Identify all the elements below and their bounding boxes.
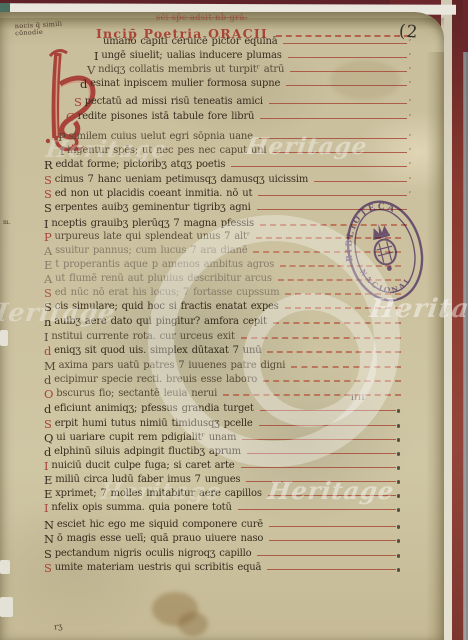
red-line-filler bbox=[269, 540, 396, 541]
line-initial: S bbox=[44, 203, 52, 213]
manuscript-photo: nocis q̄ simili cōnodie sc̄i sp̄c adsit… bbox=[0, 0, 468, 640]
line-initial: N bbox=[44, 534, 54, 544]
manuscript-line: Reddat forme; pictoribʒ atqʒ poetis bbox=[44, 159, 410, 170]
manuscript-line: Spectandum nigris oculis nigroqʒ capillo bbox=[44, 548, 399, 559]
manuscript-line: Maxima pars uatū patres 7 iuuenes patre… bbox=[44, 360, 404, 371]
manuscript-line: Exprimet; 7 molles imitabitur aere capil… bbox=[44, 488, 399, 499]
red-line-filler bbox=[267, 351, 401, 353]
book-cover-right-edge bbox=[452, 0, 463, 640]
line-initial: S bbox=[74, 97, 82, 107]
line-text: urpureus late qui splendeat unus 7 altʳ bbox=[55, 231, 251, 242]
line-text: pectatū ad missi risū teneatis amici bbox=[85, 96, 263, 107]
manuscript-line: Serpit humi tutus nimiū timidusqʒ pcell… bbox=[44, 418, 399, 429]
red-line-filler bbox=[257, 555, 396, 556]
manuscript-line: delphinū siluis adpingit fluctibʒ aprum bbox=[44, 446, 399, 457]
line-initial: I bbox=[44, 503, 48, 513]
manuscript-line: Credite pisones istā tabule fore librū bbox=[66, 111, 410, 122]
red-line-filler bbox=[231, 166, 407, 167]
line-text: eniqʒ sit quod uis. simplex dūtaxat 7 u… bbox=[54, 345, 261, 356]
line-text: elphinū siluis adpingit fluctibʒ aprum bbox=[54, 446, 241, 457]
line-initial: E bbox=[44, 260, 52, 270]
manuscript-line: decipimur specie recti. breuis esse labo… bbox=[44, 374, 404, 385]
line-initial: d bbox=[44, 404, 51, 414]
line-initial: f bbox=[60, 146, 64, 156]
line-text: erpit humi tutus nimiū timidusqʒ pcelle bbox=[55, 418, 253, 429]
line-text: nceptis grauibʒ plerūqʒ 7 magna pfessis bbox=[51, 218, 254, 229]
line-text: miliū circa ludū faber imus 7 ungues bbox=[55, 474, 240, 485]
line-text: ui uariare cupit rem pdigialitʳ unam bbox=[56, 432, 236, 443]
line-initial: S bbox=[44, 288, 52, 298]
manuscript-line: Qui uariare cupit rem pdigialitʳ unam bbox=[44, 432, 399, 443]
line-initial: Q bbox=[44, 433, 53, 443]
manuscript-line: Emiliū circa ludū faber imus 7 ungues bbox=[44, 474, 399, 485]
line-text: ndiqʒ collatis membris ut turpitʳ atrū bbox=[98, 64, 284, 75]
red-line-filler bbox=[260, 118, 407, 119]
red-line-filler bbox=[238, 509, 396, 510]
line-text: nstitui currente rota. cur urceus exit bbox=[51, 331, 235, 342]
manuscript-line: Nō magis esse uelī; quā prauo uiuere … bbox=[44, 533, 399, 544]
line-initial: P bbox=[58, 132, 66, 142]
line-initial: d bbox=[44, 346, 51, 356]
line-initial: C bbox=[66, 112, 75, 122]
line-initial: I bbox=[44, 461, 48, 471]
line-text: ssuitur pannus; cum lucus 7 ara dianē bbox=[55, 245, 247, 256]
red-line-filler bbox=[241, 337, 401, 339]
line-initial: S bbox=[44, 175, 52, 185]
line-text: cis simulare; quid hoc si fractis enatat… bbox=[55, 301, 279, 312]
line-text: erpentes auibʒ geminentur tigribʒ agni bbox=[55, 202, 251, 213]
red-line-filler bbox=[272, 152, 407, 153]
manuscript-line: Sumite materiam uestris qui scribitis eq… bbox=[44, 562, 399, 573]
stamp-crown-emblem bbox=[368, 221, 400, 273]
manuscript-line: Inuiciū ducit culpe fuga; si caret arte bbox=[44, 460, 399, 471]
line-text: auibʒ aere dato qui pingitur? amfora cep… bbox=[54, 316, 267, 327]
red-line-filler bbox=[242, 439, 396, 440]
line-initial: I bbox=[44, 332, 48, 342]
line-text: ecipimur specie recti. breuis esse labor… bbox=[54, 374, 257, 385]
line-text: ingentur spēs; ut nec pes nec caput uni bbox=[67, 145, 266, 156]
shelf-note: nocis q̄ simili cōnodie bbox=[15, 21, 63, 37]
line-text: nfelix opis summa. quia ponere totū bbox=[51, 502, 231, 513]
line-initial: N bbox=[44, 520, 54, 530]
manuscript-line: deniqʒ sit quod uis. simplex dūtaxat 7 … bbox=[44, 345, 404, 356]
red-line-filler bbox=[290, 71, 407, 72]
line-text: pectandum nigris oculis nigroqʒ capillo bbox=[55, 548, 252, 559]
line-text: t properantis aque p amenos ambitus agro… bbox=[55, 259, 274, 270]
manuscript-line: Vndiqʒ collatis membris ut turpitʳ atrū bbox=[87, 64, 410, 75]
red-line-filler bbox=[267, 569, 396, 570]
line-text: ed non ut placidis coeant inmitia. nō u… bbox=[55, 188, 253, 199]
line-text: umite materiam uestris qui scribitis equ… bbox=[55, 562, 262, 573]
red-line-filler bbox=[223, 394, 401, 396]
red-line-filler bbox=[246, 481, 396, 482]
red-line-filler bbox=[263, 380, 401, 382]
line-text: cimus 7 hanc ueniam petimusqʒ damusqʒ ui… bbox=[55, 174, 308, 185]
corner-scribble: rʒ bbox=[53, 621, 63, 631]
red-line-filler bbox=[259, 425, 396, 426]
line-initial: R bbox=[44, 160, 52, 170]
manuscript-line: desinat inpiscem mulier formosa supne bbox=[80, 78, 410, 89]
line-initial: V bbox=[87, 65, 95, 75]
red-line-filler bbox=[286, 85, 407, 86]
manuscript-line: Psimilem cuius uelut egri sōpnia uane bbox=[58, 131, 410, 142]
line-text: ed nūc nō erat his locus; 7 fortasse c… bbox=[55, 287, 280, 298]
line-text: esciet hic ego me siquid componere curē bbox=[57, 519, 263, 530]
line-text: eddat forme; pictoribʒ atqʒ poetis bbox=[55, 159, 225, 170]
scribal-invocation: sc̄i sp̄c adsit nb̄ grā. bbox=[156, 13, 248, 22]
red-line-filler bbox=[283, 43, 407, 44]
line-text: similem cuius uelut egri sōpnia uane bbox=[69, 131, 253, 142]
red-line-filler bbox=[241, 467, 396, 468]
edge-chip bbox=[0, 330, 8, 346]
line-initial: O bbox=[44, 389, 53, 399]
line-initial: I bbox=[44, 219, 48, 229]
line-initial: A bbox=[44, 246, 52, 256]
manuscript-line: Spectatū ad missi risū teneatis amici bbox=[74, 96, 410, 107]
manuscript-line: Nesciet hic ego me siquid componere cure… bbox=[44, 519, 399, 530]
red-line-filler bbox=[273, 322, 401, 324]
red-line-filler bbox=[288, 57, 407, 58]
ink-stain bbox=[178, 612, 208, 636]
line-initial: I bbox=[94, 51, 98, 61]
line-text: bscurus fio; sectantē leuia nerui bbox=[56, 388, 217, 399]
manuscript-line: umano capiti ceruicē pictor equinā bbox=[100, 36, 410, 47]
manuscript-line: Obscurus fio; sectantē leuia nerui bbox=[44, 388, 404, 399]
line-initial: d bbox=[44, 375, 51, 385]
line-text: nuiciū ducit culpe fuga; si caret arte bbox=[51, 460, 234, 471]
red-line-filler bbox=[269, 103, 407, 104]
line-initial: P bbox=[44, 232, 52, 242]
line-initial: S bbox=[44, 189, 52, 199]
line-initial: n bbox=[44, 317, 51, 327]
line-text: xprimet; 7 molles imitabitur aere capill… bbox=[55, 488, 262, 499]
edge-chip bbox=[0, 597, 13, 617]
line-text: esinat inpiscem mulier formosa supne bbox=[90, 78, 280, 89]
red-line-filler bbox=[247, 453, 396, 454]
line-text: umano capiti ceruicē pictor equinā bbox=[103, 36, 277, 47]
line-initial: S bbox=[44, 549, 52, 559]
edge-chip bbox=[0, 560, 10, 574]
manuscript-line: nauibʒ aere dato qui pingitur? amfora ce… bbox=[44, 316, 404, 327]
red-line-filler bbox=[259, 138, 407, 139]
red-line-filler bbox=[291, 366, 401, 368]
line-initial: S bbox=[44, 563, 52, 573]
margin-mark: m. bbox=[3, 219, 11, 226]
line-initial: d bbox=[80, 79, 87, 89]
red-line-filler bbox=[260, 410, 396, 411]
manuscript-line: deficiunt animiqʒ; pfessus grandia turge… bbox=[44, 403, 399, 414]
line-text: ungē siuelit; ualias inducere plumas bbox=[101, 50, 281, 61]
line-text: eficiunt animiqʒ; pfessus grandia turget bbox=[54, 403, 254, 414]
line-initial: S bbox=[44, 302, 52, 312]
line-initial: d bbox=[44, 447, 51, 457]
red-line-filler bbox=[314, 181, 407, 182]
line-text: ō magis esse uelī; quā prauo uiuere n… bbox=[57, 533, 263, 544]
manuscript-line: Iungē siuelit; ualias inducere plumas bbox=[94, 50, 410, 61]
line-initial: M bbox=[44, 361, 56, 371]
line-initial: E bbox=[44, 489, 52, 499]
line-text: axima pars uatū patres 7 iuuenes patre … bbox=[59, 360, 286, 371]
red-line-filler bbox=[268, 495, 396, 496]
line-initial: E bbox=[44, 475, 52, 485]
manuscript-line: Institui currente rota. cur urceus exit bbox=[44, 331, 404, 342]
line-text: redite pisones istā tabule fore librū bbox=[78, 111, 255, 122]
line-text: ut flumē renū aut pluuius describitur … bbox=[55, 273, 272, 284]
line-initial: S bbox=[44, 419, 52, 429]
manuscript-line: Infelix opis summa. quia ponere totū bbox=[44, 502, 399, 513]
manuscript-line: Scimus 7 hanc ueniam petimusqʒ damusqʒ u… bbox=[44, 174, 410, 185]
line-initial: A bbox=[44, 274, 52, 284]
manuscript-line: fingentur spēs; ut nec pes nec caput un… bbox=[60, 145, 410, 156]
red-line-filler bbox=[269, 526, 396, 527]
